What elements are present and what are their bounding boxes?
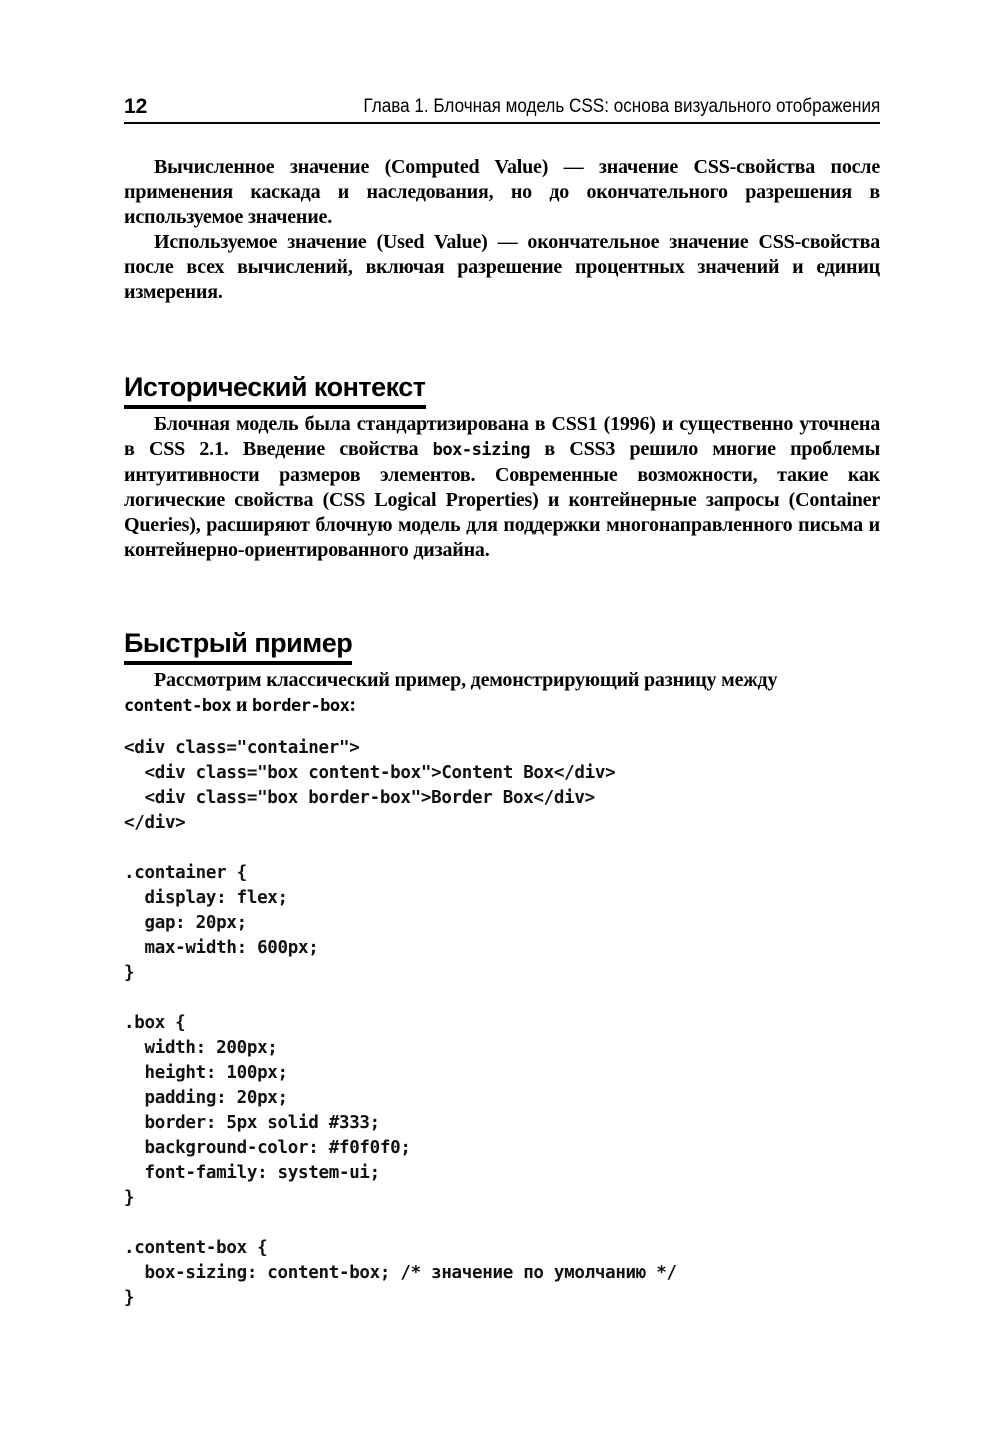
running-header: 12 Глава 1. Блочная модель CSS: основа в… [124, 94, 880, 124]
code-listing: <div class="container"> <div class="box … [124, 736, 677, 1311]
definition-term: Вычисленное значение (Computed Value) [154, 156, 548, 178]
definition-used-value: Используемое значение (Used Value) — око… [124, 230, 880, 305]
example-intro-paragraph: Рассмотрим классический пример, демонстр… [124, 668, 880, 719]
section-heading-example: Быстрый пример [124, 626, 352, 665]
definition-dash: — [488, 231, 528, 253]
inline-code-box-sizing: box-sizing [433, 440, 530, 460]
history-paragraph: Блочная модель была стандартизирована в … [124, 412, 880, 563]
chapter-title: Глава 1. Блочная модель CSS: основа визу… [363, 94, 880, 120]
definition-term: Используемое значение (Used Value) [154, 231, 488, 253]
page-number: 12 [124, 94, 147, 120]
example-intro-end: : [349, 694, 355, 716]
example-intro-text: Рассмотрим классический пример, демонстр… [154, 669, 777, 691]
definition-dash: — [548, 156, 599, 178]
section-heading-history: Исторический контекст [124, 370, 426, 409]
example-conjunction: и [231, 694, 252, 716]
inline-code-border-box: border-box [252, 696, 349, 716]
definition-computed-value: Вычисленное значение (Computed Value) — … [124, 155, 880, 230]
definitions-block: Вычисленное значение (Computed Value) — … [124, 155, 880, 305]
inline-code-content-box: content-box [124, 696, 231, 716]
